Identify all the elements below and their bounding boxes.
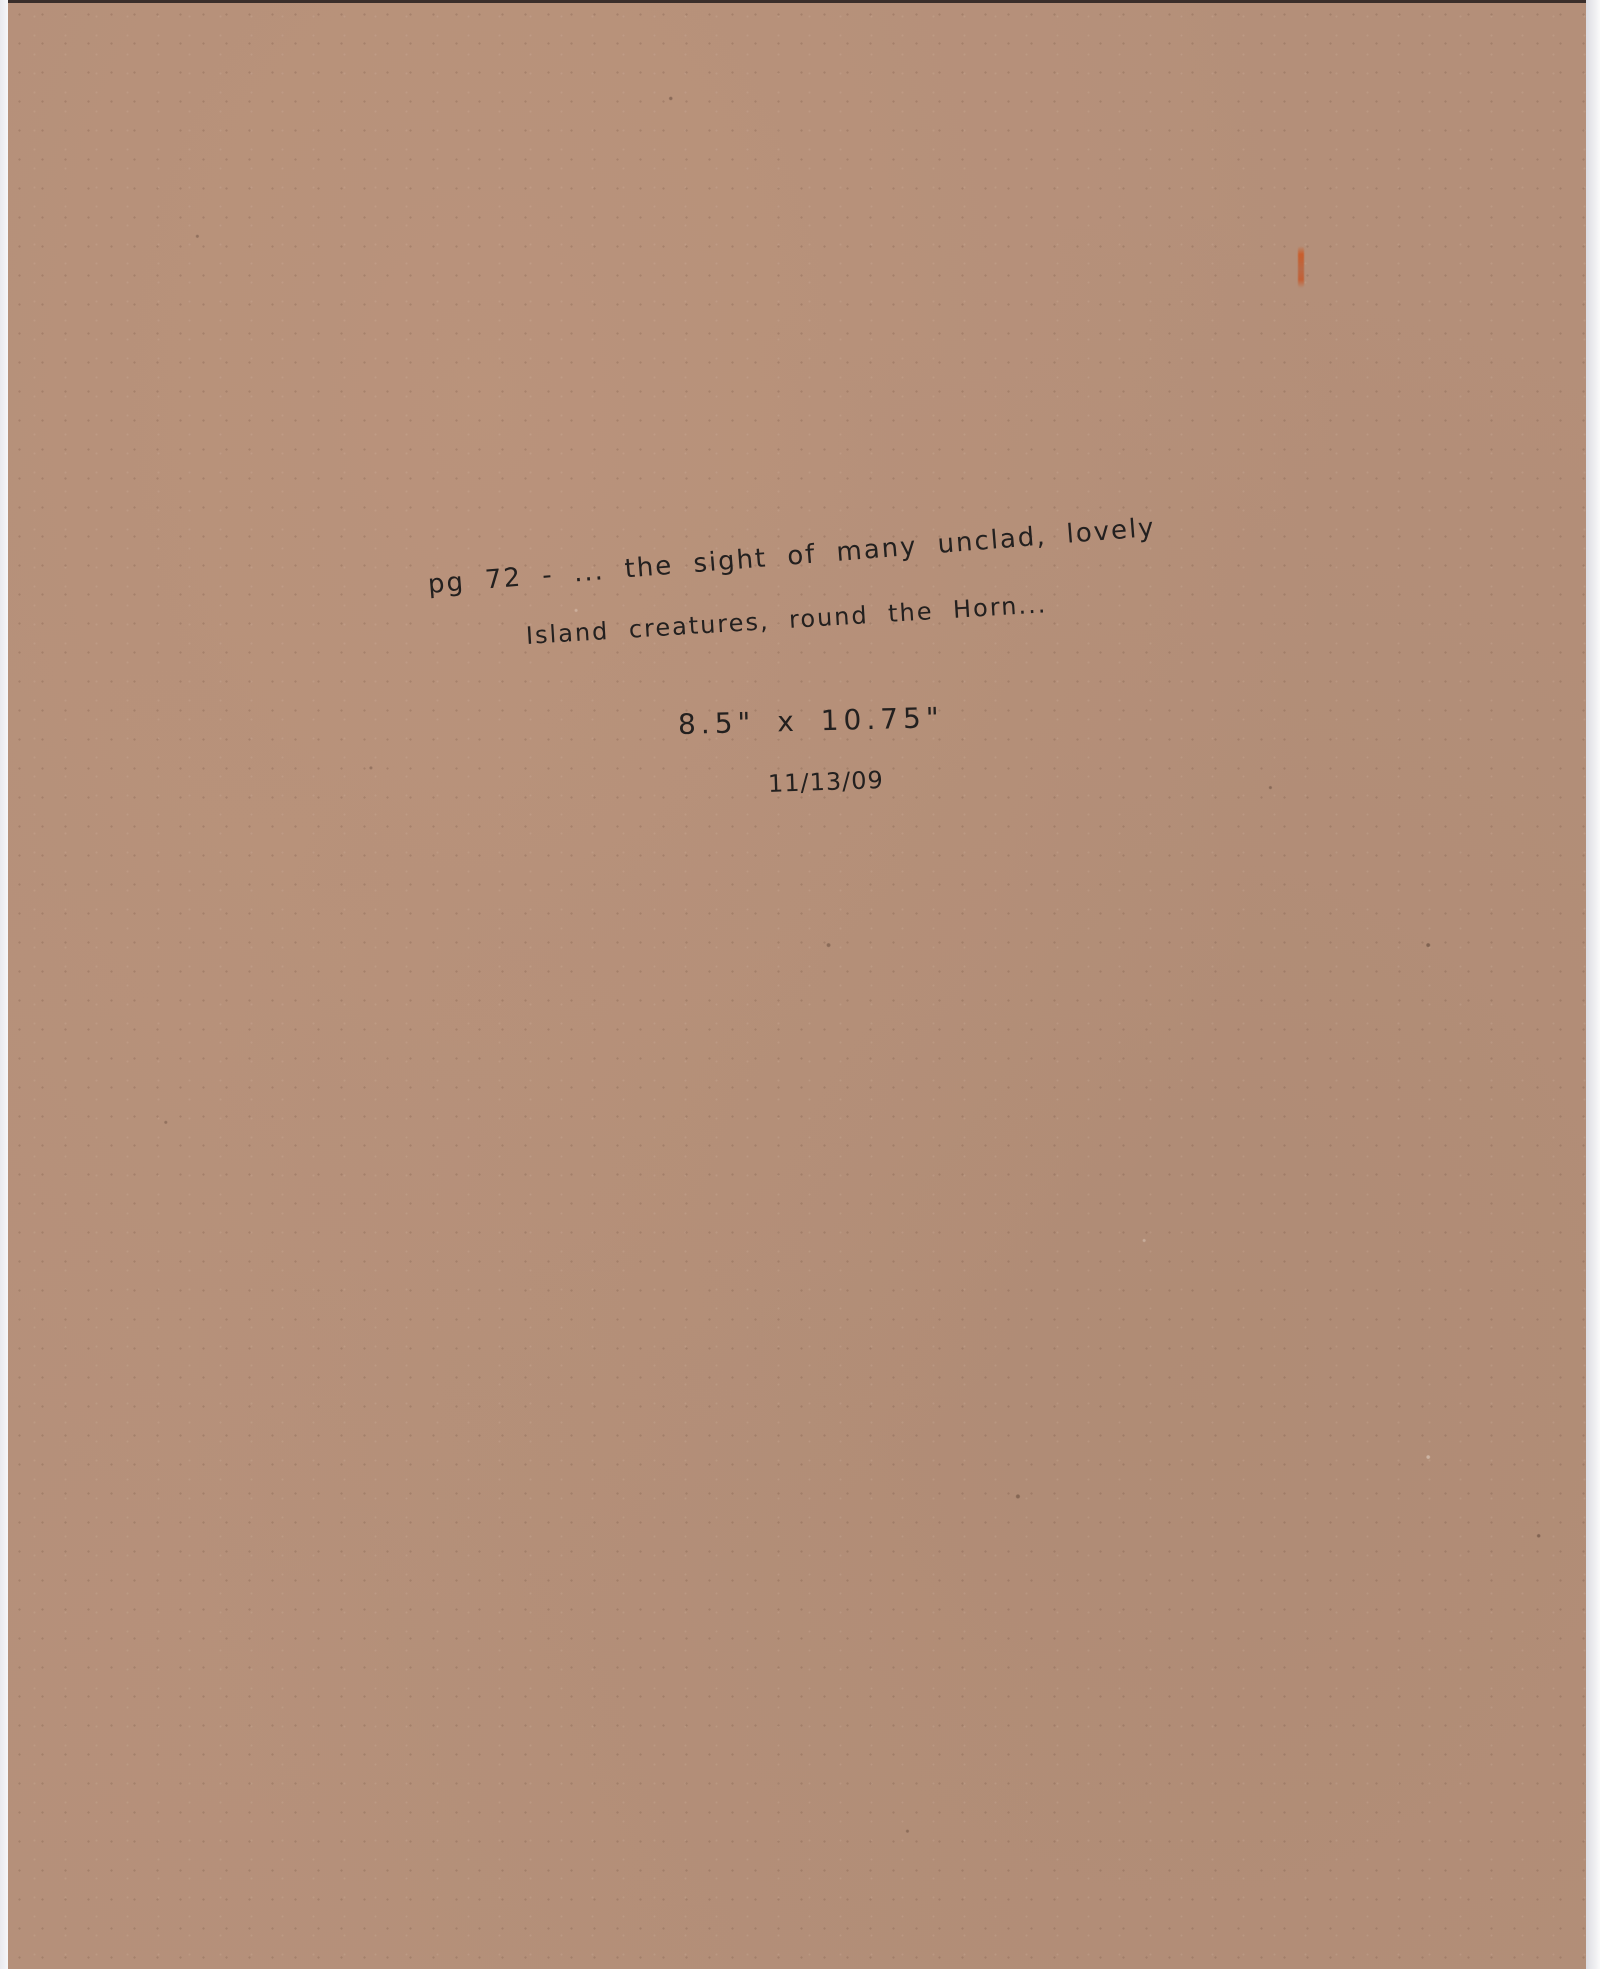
caption-line-1: pg 72 - ... the sight of many unclad, lo… <box>427 513 1157 600</box>
date-note: 11/13/09 <box>768 766 885 798</box>
scanner-background-left <box>0 0 8 1969</box>
hardboard-panel: pg 72 - ... the sight of many unclad, lo… <box>8 0 1586 1969</box>
caption-line-2: Island creatures, round the Horn... <box>525 590 1048 650</box>
scanner-background-right <box>1586 0 1600 1969</box>
dimensions-note: 8.5" x 10.75" <box>678 701 945 741</box>
orange-paint-stain <box>1298 246 1304 288</box>
panel-top-edge <box>8 0 1586 3</box>
